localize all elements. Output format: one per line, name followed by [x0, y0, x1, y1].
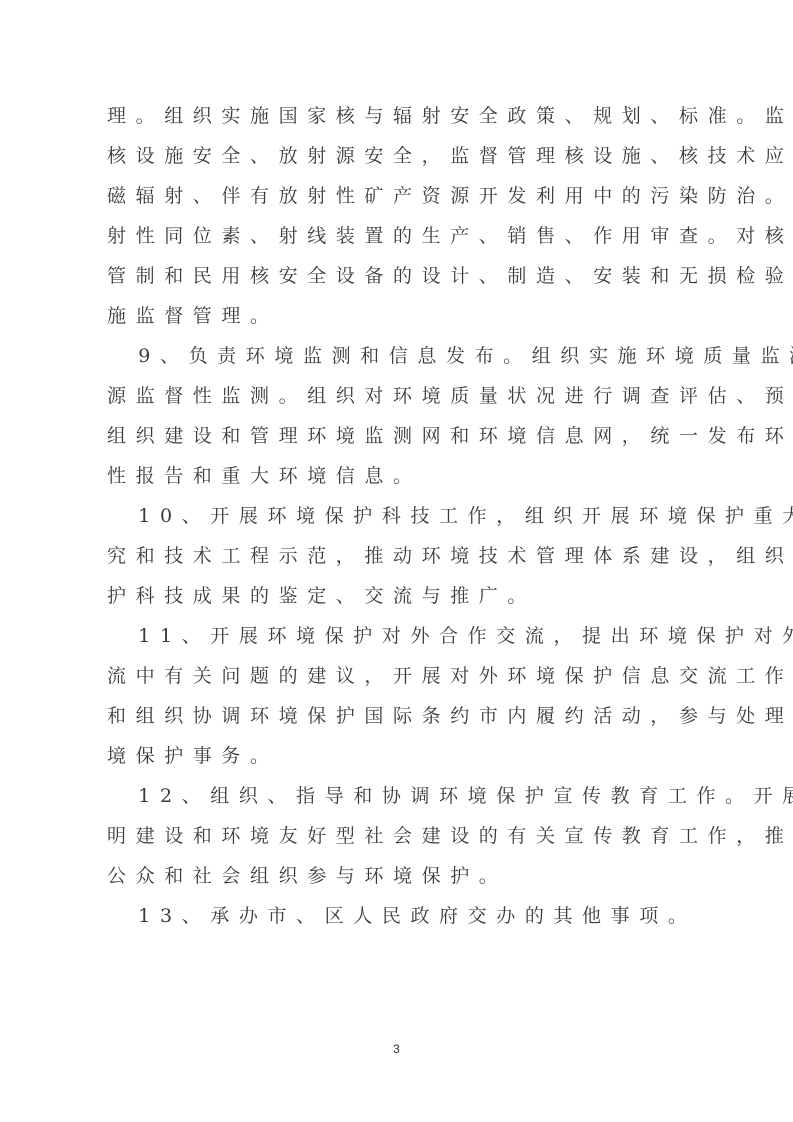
text-line: 磁辐射、伴有放射性矿产资源开发利用中的污染防治。负责放: [107, 176, 687, 216]
text-line: 施监督管理。: [107, 296, 687, 336]
paragraph-item-12: 12、组织、指导和协调环境保护宣传教育工作。开展生态文 明建设和环境友好型社会建…: [107, 776, 687, 896]
document-page: 理。组织实施国家核与辐射安全政策、规划、标准。监督管理 核设施安全、放射源安全，…: [0, 0, 793, 1122]
page-number: 3: [0, 1042, 793, 1056]
paragraph-item-13: 13、承办市、区人民政府交办的其他事项。: [107, 896, 687, 936]
text-line: 性报告和重大环境信息。: [107, 456, 687, 496]
text-line: 13、承办市、区人民政府交办的其他事项。: [107, 896, 687, 936]
paragraph-item-8-continued: 理。组织实施国家核与辐射安全政策、规划、标准。监督管理 核设施安全、放射源安全，…: [107, 96, 687, 336]
text-line: 公众和社会组织参与环境保护。: [107, 856, 687, 896]
text-line: 12、组织、指导和协调环境保护宣传教育工作。开展生态文: [107, 776, 687, 816]
text-line: 境保护事务。: [107, 736, 687, 776]
text-line: 10、开展环境保护科技工作，组织开展环境保护重大科学研: [107, 496, 687, 536]
text-line: 和组织协调环境保护国际条约市内履约活动，参与处理涉外环: [107, 696, 687, 736]
text-line: 源监督性监测。组织对环境质量状况进行调查评估、预测预警，: [107, 376, 687, 416]
paragraph-item-10: 10、开展环境保护科技工作，组织开展环境保护重大科学研 究和技术工程示范，推动环…: [107, 496, 687, 616]
text-line: 明建设和环境友好型社会建设的有关宣传教育工作，推动社会: [107, 816, 687, 856]
text-line: 11、开展环境保护对外合作交流，提出环境保护对外合作交: [107, 616, 687, 656]
paragraph-item-9: 9、负责环境监测和信息发布。组织实施环境质量监测和污染 源监督性监测。组织对环境…: [107, 336, 687, 496]
text-line: 组织建设和管理环境监测网和环境信息网，统一发布环境综合: [107, 416, 687, 456]
text-line: 射性同位素、射线装置的生产、销售、作用审查。对核材料的: [107, 216, 687, 256]
text-line: 究和技术工程示范，推动环境技术管理体系建设，组织环境保: [107, 536, 687, 576]
document-body: 理。组织实施国家核与辐射安全政策、规划、标准。监督管理 核设施安全、放射源安全，…: [107, 96, 687, 936]
text-line: 管制和民用核安全设备的设计、制造、安装和无损检验活动实: [107, 256, 687, 296]
paragraph-item-11: 11、开展环境保护对外合作交流，提出环境保护对外合作交 流中有关问题的建议，开展…: [107, 616, 687, 776]
text-line: 核设施安全、放射源安全，监督管理核设施、核技术应用、电: [107, 136, 687, 176]
text-line: 流中有关问题的建议，开展对外环境保护信息交流工作，管理: [107, 656, 687, 696]
text-line: 护科技成果的鉴定、交流与推广。: [107, 576, 687, 616]
text-line: 理。组织实施国家核与辐射安全政策、规划、标准。监督管理: [107, 96, 687, 136]
text-line: 9、负责环境监测和信息发布。组织实施环境质量监测和污染: [107, 336, 687, 376]
